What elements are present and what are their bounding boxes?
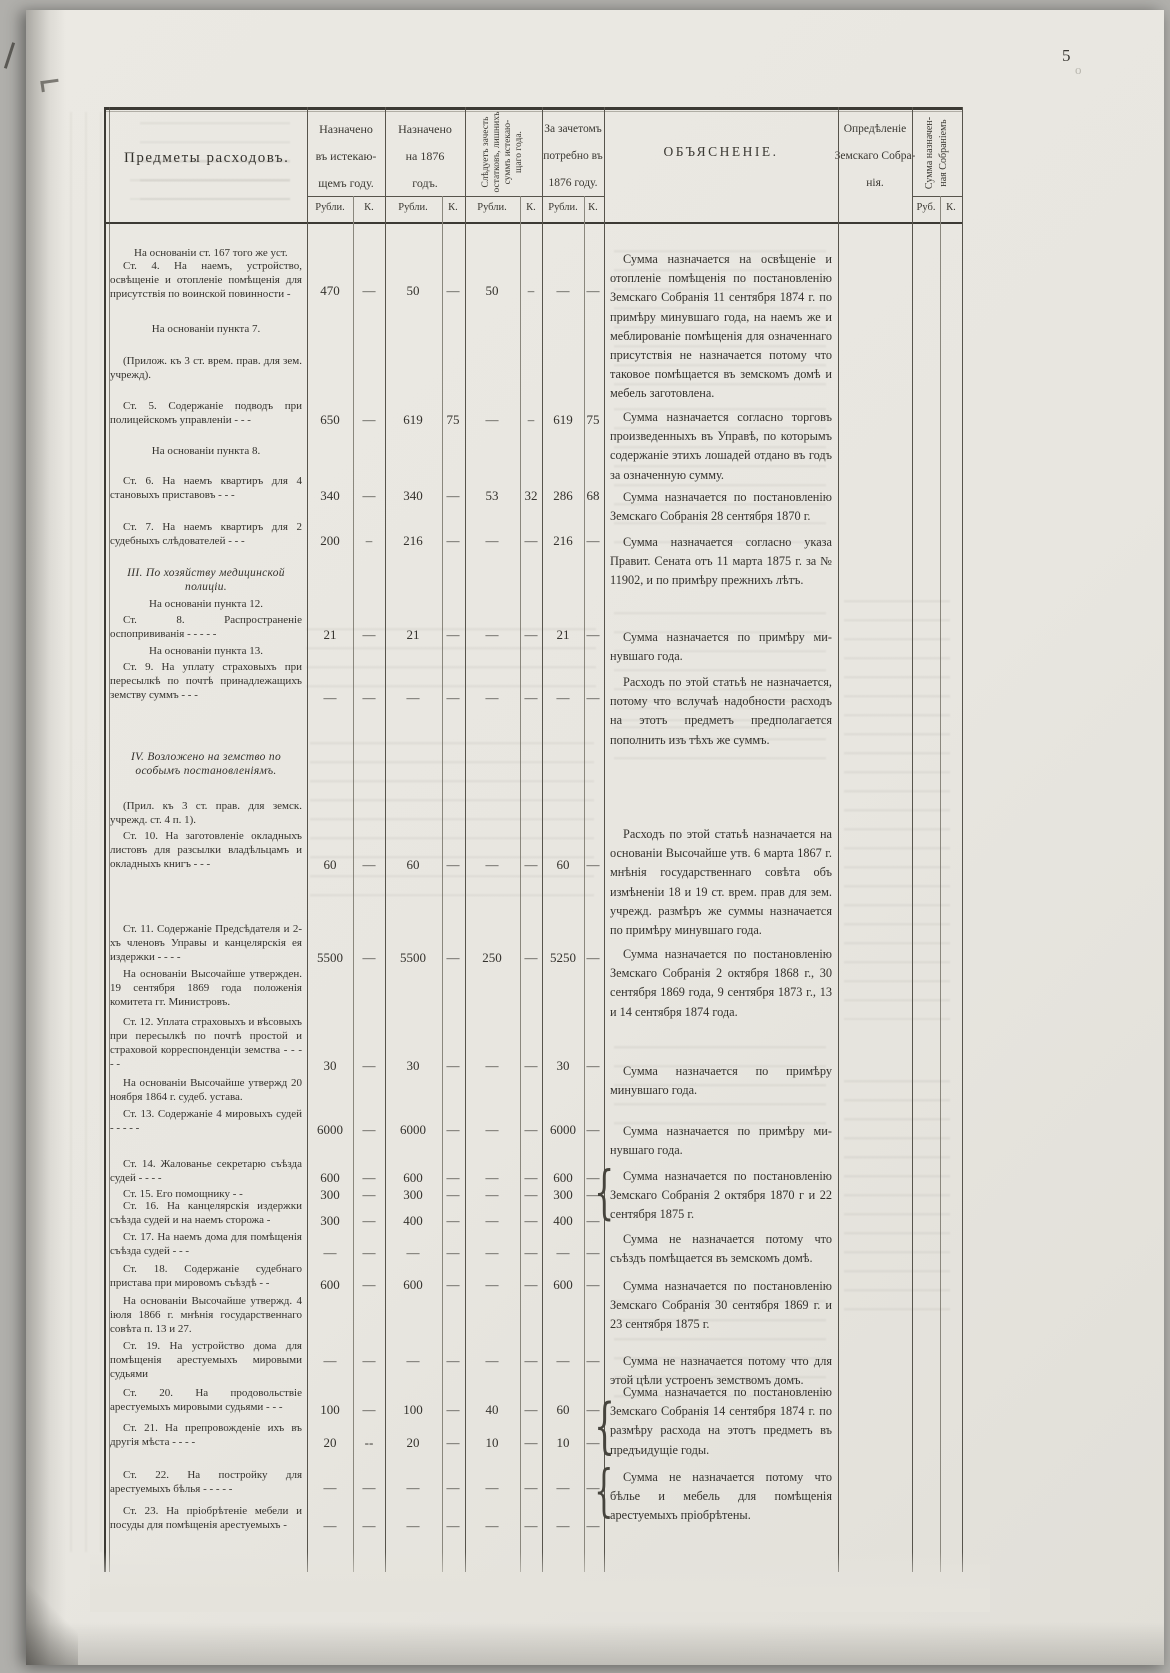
unit-label: Рубли.: [315, 202, 345, 213]
expense-paragraph: Ст. 23. На пріобрѣтеніе мебели и посуды …: [110, 1504, 302, 1532]
bleedthrough-ghost: [844, 600, 950, 1020]
amount-cell: —: [363, 412, 376, 428]
amount-cell: 340: [320, 488, 340, 504]
amount-cell: 68: [587, 488, 600, 504]
expense-paragraph: Ст. 10. На заготовленіе окладныхъ листов…: [110, 829, 302, 871]
amount-cell: —: [486, 627, 499, 643]
amount-cell: —: [525, 1435, 538, 1451]
amount-cell: 5500: [400, 950, 426, 966]
expense-paragraph: Ст. 5. Содержаніе подводъ при полицейско…: [110, 399, 302, 427]
amount-cell: —: [557, 690, 570, 706]
amount-cell: —: [363, 283, 376, 299]
amount-cell: —: [447, 950, 460, 966]
amount-cell: —: [447, 1170, 460, 1186]
amount-cell: —: [486, 1187, 499, 1203]
amount-cell: —: [447, 1518, 460, 1534]
amount-cell: –: [528, 412, 535, 428]
amount-cell: 216: [553, 533, 573, 549]
amount-cell: 600: [320, 1277, 340, 1293]
amount-cell: —: [587, 627, 600, 643]
amount-cell: —: [324, 1518, 337, 1534]
amount-cell: —: [447, 1402, 460, 1418]
group-brace: {: [594, 1396, 604, 1456]
expense-paragraph: Ст. 6. На наемъ квартиръ для 4 становыхъ…: [110, 474, 302, 502]
amount-cell: —: [525, 1480, 538, 1496]
amount-cell: —: [363, 1245, 376, 1261]
expense-paragraph: На основаніи Высочайше утвержд. 4 іюля 1…: [110, 1294, 302, 1336]
amount-cell: 470: [320, 283, 340, 299]
expense-paragraph: (Прилож. къ 3 ст. врем. прав. для зем. у…: [110, 354, 302, 382]
amount-cell: 650: [320, 412, 340, 428]
header-offset-vertical: Слѣдуетъ зачестьостатковъ, лишнихъсуммъ …: [466, 110, 540, 194]
amount-cell: —: [447, 627, 460, 643]
explanation-paragraph: Сумма назначается по примѣру ми­нувшаго …: [610, 628, 832, 666]
header-assembly: ОпредѣленіеЗемскаго Собра-нія.: [832, 116, 918, 197]
amount-cell: —: [486, 1480, 499, 1496]
amount-cell: —: [486, 533, 499, 549]
amount-cell: —: [557, 1518, 570, 1534]
amount-cell: —: [407, 1353, 420, 1369]
amount-cell: 600: [403, 1277, 423, 1293]
amount-cell: 21: [557, 627, 570, 643]
expense-paragraph: На основаніи Высочайше утвержд 20 ноября…: [110, 1076, 302, 1104]
table-rule: [104, 107, 963, 110]
amount-cell: —: [486, 412, 499, 428]
explanation-paragraph: Расходъ по этой статьѣ назначается на ос…: [610, 825, 832, 940]
group-brace: {: [594, 1163, 604, 1221]
amount-cell: —: [447, 1480, 460, 1496]
amount-cell: —: [557, 283, 570, 299]
table-rule: [307, 196, 604, 197]
expense-paragraph: На основаніи Высочайше утвержден. 19 сен…: [110, 967, 302, 1009]
amount-cell: —: [486, 1518, 499, 1534]
unit-label: К.: [364, 202, 374, 213]
bleedthrough-ghost: [130, 160, 290, 200]
amount-cell: —: [525, 1122, 538, 1138]
unit-label: К.: [946, 202, 956, 213]
amount-cell: 30: [557, 1058, 570, 1074]
amount-cell: —: [407, 1518, 420, 1534]
table-rule: [838, 107, 839, 1572]
expense-paragraph: Ст. 11. Содержаніе Предсѣдателя и 2-хъ ч…: [110, 922, 302, 964]
explanation-paragraph: Сумма назначается по постановленію Земск…: [610, 488, 832, 526]
table-rule: [104, 107, 106, 1572]
amount-cell: 100: [320, 1402, 340, 1418]
amount-cell: —: [407, 1245, 420, 1261]
unit-label: Рубли.: [548, 202, 578, 213]
amount-cell: 600: [553, 1277, 573, 1293]
explanation-paragraph: Сумма не назначается потому что съѣздъ п…: [610, 1230, 832, 1268]
expense-paragraph: Ст. 12. Уплата страховыхъ и вѣсовыхъ при…: [110, 1015, 302, 1071]
amount-cell: —: [525, 1170, 538, 1186]
scan-fade: [90, 1552, 990, 1612]
bleedthrough-ghost: [310, 742, 594, 902]
amount-cell: 40: [486, 1402, 499, 1418]
amount-cell: 600: [553, 1170, 573, 1186]
expense-paragraph: Ст. 22. На постройку для арестуемыхъ бѣл…: [110, 1468, 302, 1496]
amount-cell: 286: [553, 488, 573, 504]
table-rule: [104, 222, 963, 224]
amount-cell: —: [447, 1245, 460, 1261]
amount-cell: —: [525, 857, 538, 873]
explanation-paragraph: Сумма назначается по примѣру минувшаго г…: [610, 1062, 832, 1100]
amount-cell: —: [525, 950, 538, 966]
amount-cell: 6000: [550, 1122, 576, 1138]
explanation-paragraph: Сумма назначается согласно указа Правит.…: [610, 533, 832, 591]
header-1876: Назначенона 1876годъ.: [385, 116, 465, 197]
amount-cell: —: [363, 627, 376, 643]
unit-label: К.: [526, 202, 536, 213]
amount-cell: —: [363, 1353, 376, 1369]
amount-cell: 5500: [317, 950, 343, 966]
amount-cell: 6000: [317, 1122, 343, 1138]
expense-paragraph: На основаніи пункта 13.: [110, 644, 302, 658]
amount-cell: —: [447, 857, 460, 873]
amount-cell: 60: [407, 857, 420, 873]
page-number-ghost: o: [1075, 62, 1082, 78]
explanation-paragraph: Сумма назначается на освѣщеніе и отоплен…: [610, 250, 832, 404]
explanation-paragraph: Сумма назначается по постановленію Земск…: [610, 1167, 832, 1225]
expense-paragraph: Ст. 14. Жалованье секретарю съѣзда судей…: [110, 1157, 302, 1185]
amount-cell: —: [324, 690, 337, 706]
page-bottom-shadow: [26, 1622, 1164, 1665]
header-offset-vertical-text: Слѣдуетъ зачестьостатковъ, лишнихъсуммъ …: [481, 110, 525, 194]
amount-cell: —: [486, 1245, 499, 1261]
expense-paragraph: Ст. 17. На наемъ дома для помѣщенія съѣз…: [110, 1230, 302, 1258]
amount-cell: 600: [403, 1170, 423, 1186]
amount-cell: 400: [403, 1213, 423, 1229]
explanation-paragraph: Сумма назначается по постановленію Земск…: [610, 1383, 832, 1460]
explanation-paragraph: Сумма назначается по постановленію Земск…: [610, 1277, 832, 1335]
scan-artifact-slash: [4, 42, 15, 69]
amount-cell: 50: [486, 283, 499, 299]
amount-cell: 75: [447, 412, 460, 428]
amount-cell: 300: [553, 1187, 573, 1203]
amount-cell: —: [447, 1187, 460, 1203]
expense-paragraph: Ст. 20. На продовольствіе арестуемыхъ ми…: [110, 1386, 302, 1414]
amount-cell: —: [486, 690, 499, 706]
amount-cell: 21: [324, 627, 337, 643]
amount-cell: —: [486, 1058, 499, 1074]
amount-cell: —: [525, 690, 538, 706]
amount-cell: 50: [407, 283, 420, 299]
amount-cell: —: [363, 690, 376, 706]
amount-cell: 400: [553, 1213, 573, 1229]
expense-paragraph: (Прил. къ 3 ст. прав. для земск. учрежд.…: [110, 799, 302, 827]
amount-cell: —: [363, 488, 376, 504]
amount-cell: —: [363, 1402, 376, 1418]
expense-paragraph: Ст. 4. На наемъ, устройство, освѣщеніе и…: [110, 259, 302, 301]
unit-label: К.: [448, 202, 458, 213]
amount-cell: —: [363, 950, 376, 966]
explanation-paragraph: Расходъ по этой статьѣ не назначается, п…: [610, 673, 832, 750]
amount-cell: —: [486, 1170, 499, 1186]
amount-cell: 30: [324, 1058, 337, 1074]
amount-cell: —: [363, 1122, 376, 1138]
amount-cell: —: [363, 1058, 376, 1074]
amount-cell: —: [363, 857, 376, 873]
amount-cell: 60: [557, 1402, 570, 1418]
header-assigned-vertical-text: Сумма назначен-ная Собраніемъ: [923, 111, 951, 195]
amount-cell: —: [587, 690, 600, 706]
amount-cell: —: [447, 690, 460, 706]
amount-cell: —: [525, 1058, 538, 1074]
expense-paragraph: На основаніи ст. 167 того же уст.: [110, 246, 302, 260]
amount-cell: —: [486, 1213, 499, 1229]
amount-cell: —: [324, 1480, 337, 1496]
amount-cell: —: [447, 1277, 460, 1293]
amount-cell: —: [587, 1122, 600, 1138]
amount-cell: --: [365, 1435, 374, 1451]
amount-cell: —: [363, 1518, 376, 1534]
unit-label: Рубли.: [477, 202, 507, 213]
expense-paragraph: Ст. 16. На канцелярскія издержки съѣзда …: [110, 1199, 302, 1227]
amount-cell: 32: [525, 488, 538, 504]
amount-cell: —: [587, 1245, 600, 1261]
table-rule: [962, 107, 963, 1572]
amount-cell: 21: [407, 627, 420, 643]
amount-cell: —: [447, 1353, 460, 1369]
amount-cell: —: [557, 1245, 570, 1261]
unit-label: Руб.: [917, 202, 936, 213]
amount-cell: —: [407, 1480, 420, 1496]
amount-cell: 200: [320, 533, 340, 549]
header-explanation: ОБЪЯСНЕНІЕ.: [604, 144, 838, 160]
expense-paragraph: Ст. 21. На препровожденіе ихъ въ другія …: [110, 1421, 302, 1449]
amount-cell: —: [363, 1480, 376, 1496]
scanned-page: 5 o Предметы расходовъ. Назначеновъ исте…: [0, 0, 1170, 1673]
bleedthrough-ghost: [844, 1080, 950, 1320]
amount-cell: 600: [320, 1170, 340, 1186]
amount-cell: —: [525, 627, 538, 643]
amount-cell: 6000: [400, 1122, 426, 1138]
amount-cell: —: [447, 1435, 460, 1451]
amount-cell: —: [557, 1353, 570, 1369]
explanation-paragraph: Сумма назначается согласно торговъ произ…: [610, 408, 832, 485]
amount-cell: —: [363, 1170, 376, 1186]
amount-cell: –: [366, 533, 373, 549]
amount-cell: —: [407, 690, 420, 706]
amount-cell: 340: [403, 488, 423, 504]
amount-cell: —: [363, 1277, 376, 1293]
amount-cell: —: [486, 1277, 499, 1293]
amount-cell: 250: [482, 950, 502, 966]
amount-cell: 5250: [550, 950, 576, 966]
header-prev-year: Назначеновъ истекаю-щемъ году.: [307, 116, 385, 197]
amount-cell: 300: [320, 1213, 340, 1229]
expense-paragraph: Ст. 19. На устройство дома для помѣщенія…: [110, 1339, 302, 1381]
amount-cell: —: [486, 1122, 499, 1138]
amount-cell: 300: [320, 1187, 340, 1203]
amount-cell: —: [447, 1058, 460, 1074]
amount-cell: —: [363, 1187, 376, 1203]
section-heading: IV. Возложено на земство по особымъ пост…: [110, 750, 302, 778]
amount-cell: —: [486, 857, 499, 873]
amount-cell: —: [587, 1277, 600, 1293]
amount-cell: —: [525, 1402, 538, 1418]
amount-cell: —: [525, 1187, 538, 1203]
amount-cell: 20: [324, 1435, 337, 1451]
explanation-paragraph: Сумма не назначается потому что бѣлье и …: [610, 1468, 832, 1526]
amount-cell: —: [525, 533, 538, 549]
amount-cell: —: [324, 1353, 337, 1369]
amount-cell: —: [486, 1353, 499, 1369]
section-heading: III. По хозяйству медицинской полиціи.: [110, 566, 302, 594]
amount-cell: —: [525, 1277, 538, 1293]
amount-cell: —: [587, 857, 600, 873]
amount-cell: 60: [324, 857, 337, 873]
amount-cell: —: [363, 1213, 376, 1229]
amount-cell: 75: [587, 412, 600, 428]
table-rule: [912, 196, 962, 197]
amount-cell: —: [525, 1518, 538, 1534]
amount-cell: —: [447, 1122, 460, 1138]
amount-cell: 20: [407, 1435, 420, 1451]
amount-cell: —: [447, 283, 460, 299]
page-edge-shadow: [26, 10, 66, 1665]
amount-cell: 10: [486, 1435, 499, 1451]
explanation-paragraph: Сумма назначается по постановленію Земск…: [610, 945, 832, 1022]
group-brace: {: [594, 1464, 604, 1520]
amount-cell: —: [587, 533, 600, 549]
header-needed: За зачетомъпотребно въ1876 году.: [536, 116, 610, 197]
table-rule: [604, 107, 605, 1572]
expense-paragraph: Ст. 8. Распространеніе оспопрививанія - …: [110, 613, 302, 641]
amount-cell: 216: [403, 533, 423, 549]
expense-paragraph: На основаніи пункта 7.: [110, 322, 302, 336]
amount-cell: 100: [403, 1402, 423, 1418]
amount-cell: 300: [403, 1187, 423, 1203]
amount-cell: —: [557, 1480, 570, 1496]
table-rule: [307, 107, 308, 1572]
expense-paragraph: Ст. 9. На уплату страховыхъ при пересылк…: [110, 660, 302, 702]
amount-cell: —: [447, 1213, 460, 1229]
amount-cell: 619: [553, 412, 573, 428]
amount-cell: —: [587, 1058, 600, 1074]
amount-cell: —: [525, 1213, 538, 1229]
header-assigned-vertical: Сумма назначен-ная Собраніемъ: [913, 112, 961, 194]
expense-paragraph: Ст. 13. Содержаніе 4 мировыхъ судей - - …: [110, 1107, 302, 1135]
expense-paragraph: Ст. 7. На наемъ квартиръ для 2 судебныхъ…: [110, 520, 302, 548]
table-rule: [104, 111, 963, 112]
amount-cell: —: [447, 488, 460, 504]
amount-cell: —: [324, 1245, 337, 1261]
expense-paragraph: Ст. 18. Содержаніе судебнаго пристава пр…: [110, 1262, 302, 1290]
amount-cell: 619: [403, 412, 423, 428]
amount-cell: 10: [557, 1435, 570, 1451]
amount-cell: 53: [486, 488, 499, 504]
amount-cell: —: [587, 950, 600, 966]
amount-cell: —: [587, 1353, 600, 1369]
expense-paragraph: На основаніи пункта 8.: [110, 444, 302, 458]
amount-cell: —: [525, 1353, 538, 1369]
amount-cell: —: [525, 1245, 538, 1261]
bleedthrough-margin-ghost: [70, 112, 102, 1552]
amount-cell: —: [447, 533, 460, 549]
expense-paragraph: На основаніи пункта 12.: [110, 597, 302, 611]
unit-label: Рубли.: [398, 202, 428, 213]
amount-cell: 60: [557, 857, 570, 873]
amount-cell: 30: [407, 1058, 420, 1074]
unit-label: К.: [588, 202, 598, 213]
explanation-paragraph: Сумма назначается по примѣру ми­нувшаго …: [610, 1122, 832, 1160]
amount-cell: –: [528, 283, 535, 299]
amount-cell: —: [587, 283, 600, 299]
page-number: 5: [1062, 46, 1071, 66]
